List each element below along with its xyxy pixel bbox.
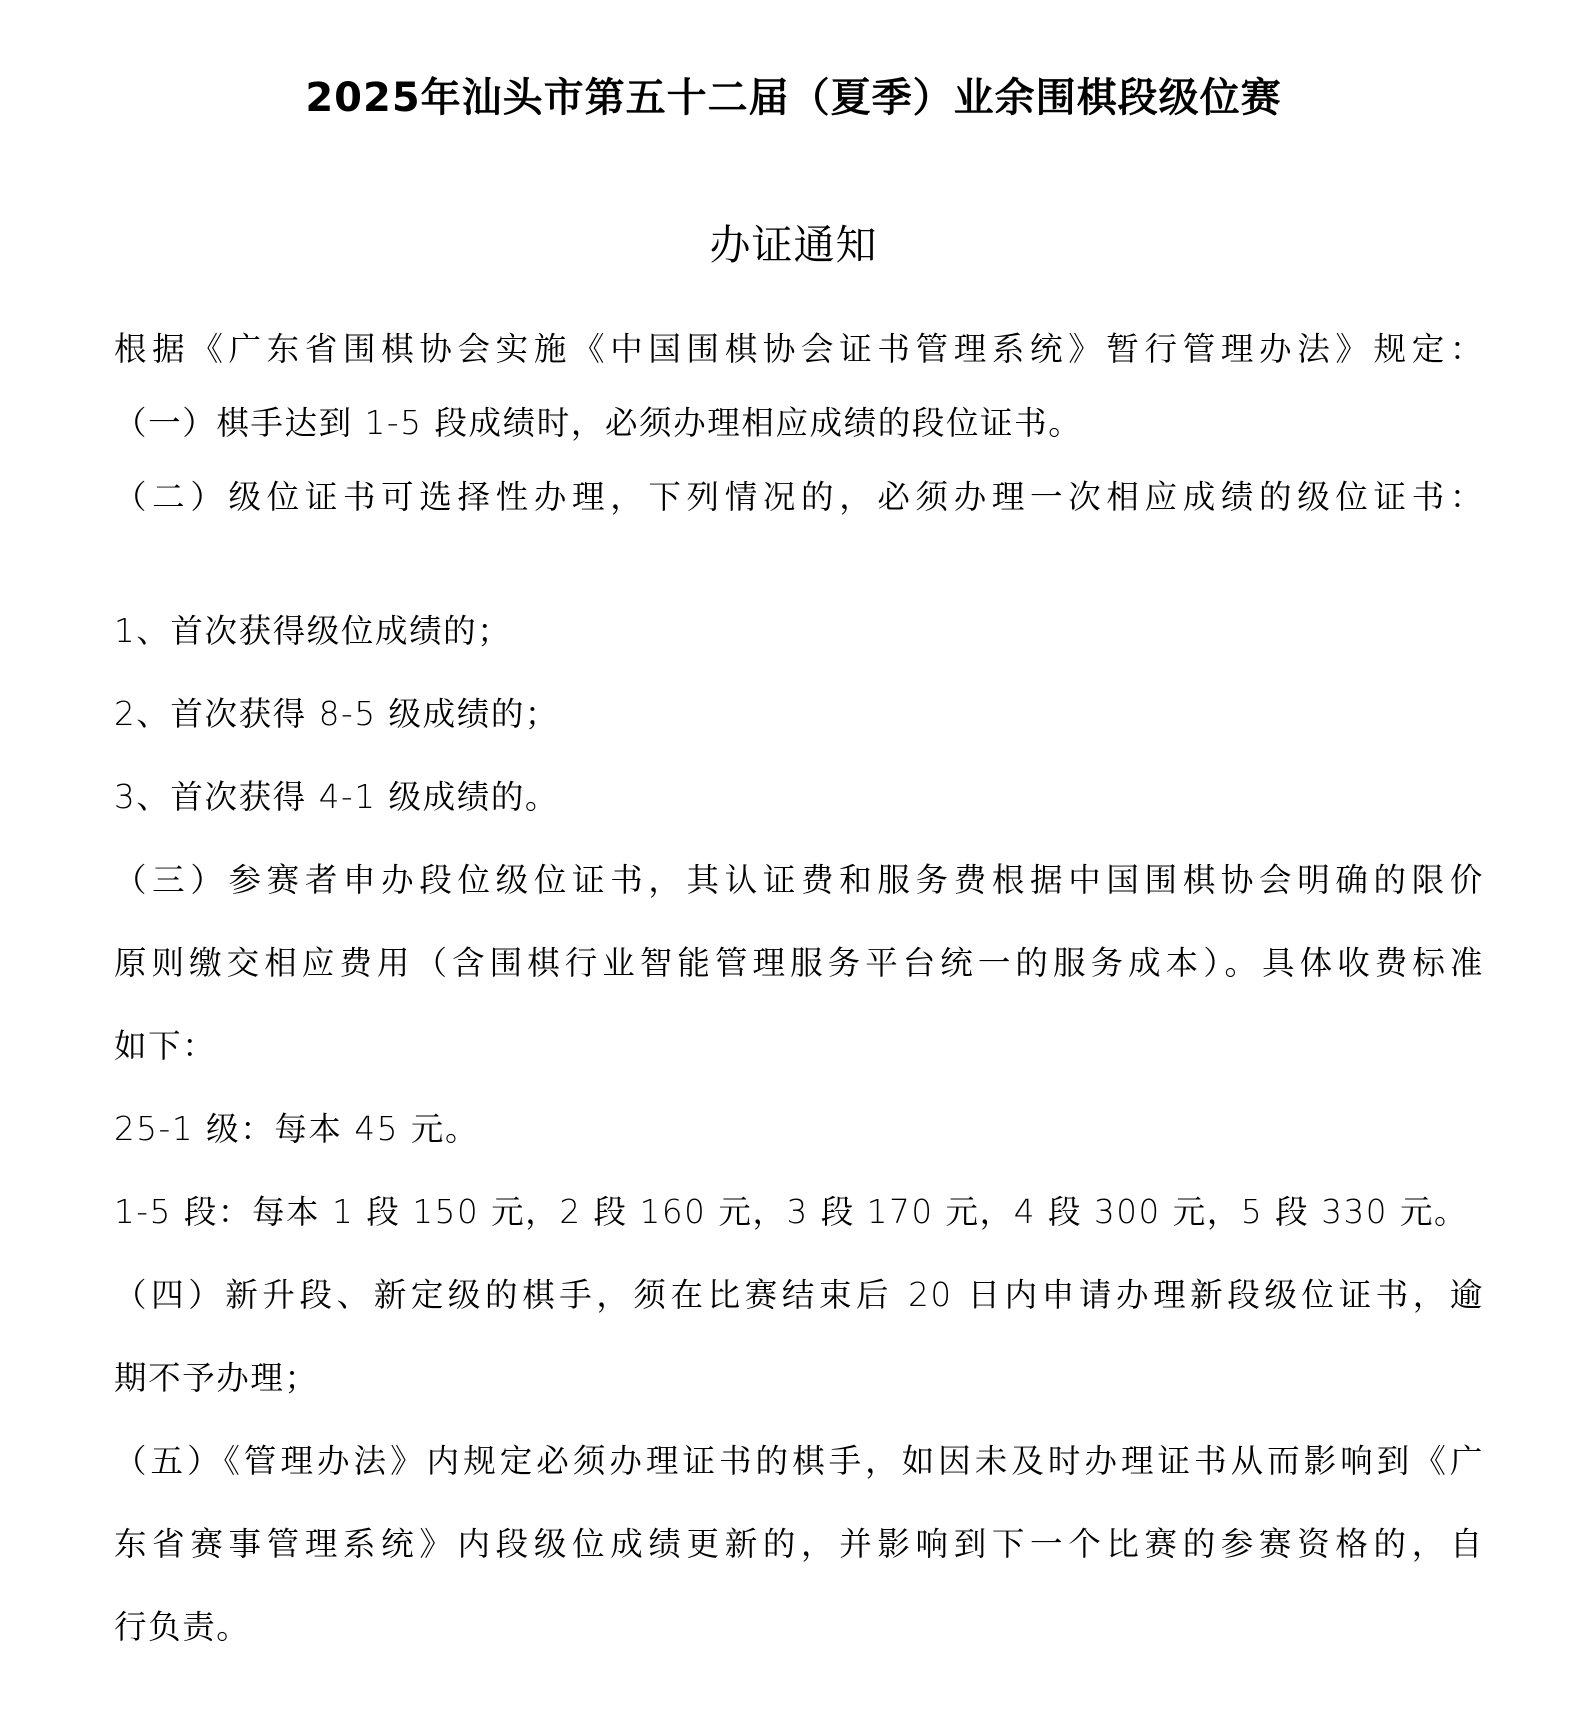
list-item-3: 3、首次获得 4-1 级成绩的。 — [114, 781, 1484, 814]
clause-3-line-1: （三）参赛者申办段位级位证书，其认证费和服务费根据中国围棋协会明确的限价 — [114, 864, 1484, 897]
fee-dan-line: 1-5 段：每本 1 段 150 元，2 段 160 元，3 段 170 元，4… — [114, 1196, 1484, 1229]
clause-5-line-2: 东省赛事管理系统》内段级位成绩更新的，并影响到下一个比赛的参赛资格的，自 — [114, 1528, 1484, 1561]
clause-3-line-2: 原则缴交相应费用（含围棋行业智能管理服务平台统一的服务成本）。具体收费标准 — [114, 947, 1484, 980]
clause-2: （二）级位证书可选择性办理，下列情况的，必须办理一次相应成绩的级位证书： — [114, 481, 1484, 514]
document-page: 2025年汕头市第五十二届（夏季）业余围棋段级位赛 办证通知 根据《广东省围棋协… — [0, 0, 1587, 1721]
clause-1: （一）棋手达到 1-5 段成绩时，必须办理相应成绩的段位证书。 — [114, 407, 1484, 440]
clause-5-line-1: （五）《管理办法》内规定必须办理证书的棋手，如因未及时办理证书从而影响到《广 — [114, 1445, 1484, 1478]
list-item-1: 1、首次获得级位成绩的； — [114, 615, 1484, 648]
page-subtitle: 办证通知 — [0, 225, 1587, 266]
list-item-2: 2、首次获得 8-5 级成绩的； — [114, 698, 1484, 731]
clause-4-line-1: （四）新升段、新定级的棋手，须在比赛结束后 20 日内申请办理新段级位证书，逾 — [114, 1279, 1484, 1312]
clause-4-line-2: 期不予办理； — [114, 1362, 1484, 1395]
page-title: 2025年汕头市第五十二届（夏季）业余围棋段级位赛 — [0, 78, 1587, 118]
fee-kyu-line: 25-1 级：每本 45 元。 — [114, 1113, 1484, 1146]
intro-line: 根据《广东省围棋协会实施《中国围棋协会证书管理系统》暂行管理办法》规定： — [114, 333, 1484, 366]
clause-3-line-3: 如下： — [114, 1030, 1484, 1063]
clause-5-line-3: 行负责。 — [114, 1611, 1484, 1644]
